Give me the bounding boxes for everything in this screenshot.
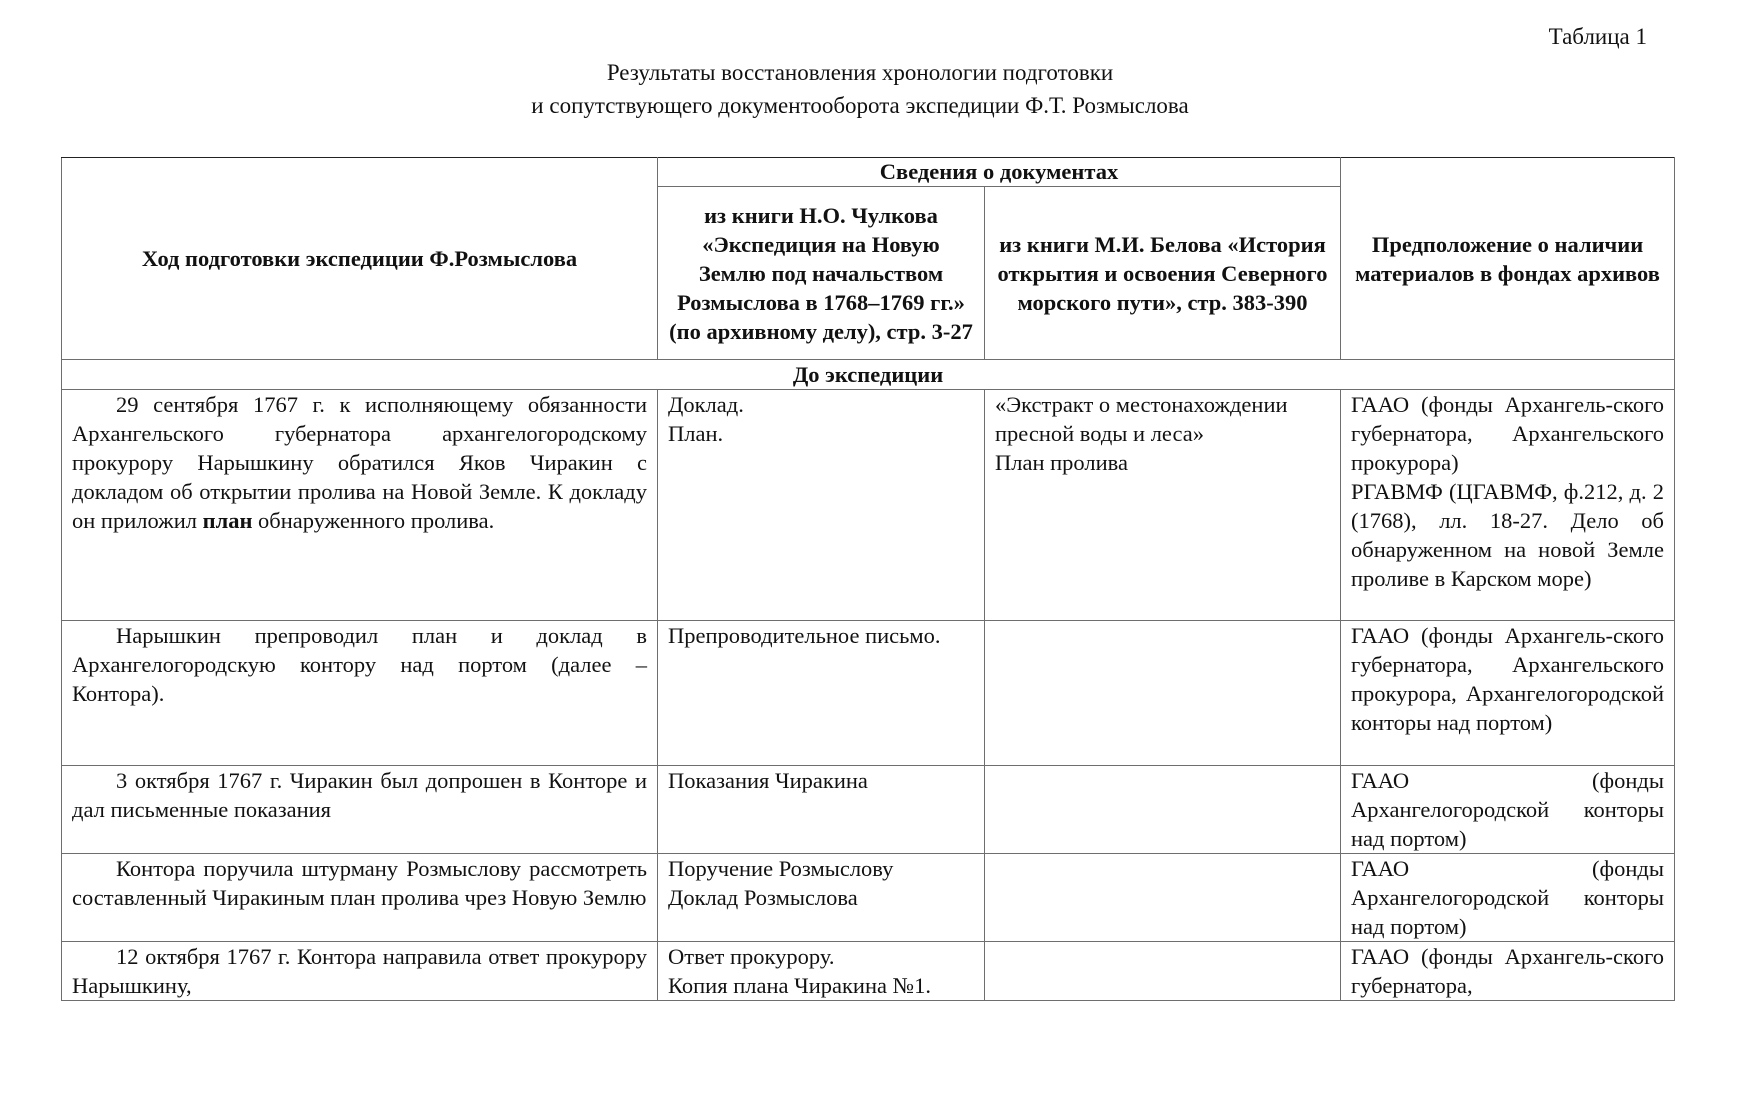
table-row: Нарышкин препроводил план и доклад в Арх… (62, 621, 1675, 766)
header-document-info-group: Сведения о документах (658, 158, 1341, 187)
chulkov-docs-cell: Показания Чиракина (658, 766, 985, 854)
table-title: Результаты восстановления хронологии под… (0, 56, 1720, 122)
belov-docs-cell (985, 942, 1341, 1001)
table-title-line-2: и сопутствующего документооборота экспед… (0, 89, 1720, 122)
belov-docs-cell (985, 854, 1341, 942)
table-row: 3 октября 1767 г. Чиракин был допрошен в… (62, 766, 1675, 854)
event-cell: Контора поручила штурману Розмыслову рас… (62, 854, 658, 942)
archive-cell: ГААО (фонды Архангелогородской конторы н… (1341, 766, 1675, 854)
table-row: Контора поручила штурману Розмыслову рас… (62, 854, 1675, 942)
chulkov-docs-cell: Доклад. План. (658, 390, 985, 621)
archive-cell: ГААО (фонды Архангель-ского губернатора,… (1341, 390, 1675, 621)
archive-cell: ГААО (фонды Архангель-ского губернатора, (1341, 942, 1675, 1001)
table-row: 29 сентября 1767 г. к исполняющему обяза… (62, 390, 1675, 621)
belov-docs-cell (985, 766, 1341, 854)
header-archive-assumption: Предположение о наличии материалов в фон… (1341, 158, 1675, 360)
table-title-line-1: Результаты восстановления хронологии под… (0, 56, 1720, 89)
belov-docs-cell: «Экстракт о местонахождении пресной воды… (985, 390, 1341, 621)
event-cell: 29 сентября 1767 г. к исполняющему обяза… (62, 390, 658, 621)
belov-docs-cell (985, 621, 1341, 766)
chulkov-docs-cell: Поручение Розмыслову Доклад Розмыслова (658, 854, 985, 942)
chulkov-docs-cell: Препроводительное письмо. (658, 621, 985, 766)
chulkov-docs-cell: Ответ прокурору. Копия плана Чиракина №1… (658, 942, 985, 1001)
chronology-table: Ход подготовки экспедиции Ф.Розмыслова С… (61, 157, 1675, 1001)
archive-cell: ГААО (фонды Архангель-ского губернатора,… (1341, 621, 1675, 766)
event-cell: Нарышкин препроводил план и доклад в Арх… (62, 621, 658, 766)
header-preparation-course: Ход подготовки экспедиции Ф.Розмыслова (62, 158, 658, 360)
table-number-label: Таблица 1 (1549, 22, 1647, 52)
table-row: 12 октября 1767 г. Контора направила отв… (62, 942, 1675, 1001)
section-before-expedition: До экспедиции (62, 360, 1675, 390)
archive-cell: ГААО (фонды Архангелогородской конторы н… (1341, 854, 1675, 942)
header-belov-book: из книги М.И. Белова «История открытия и… (985, 187, 1341, 360)
event-cell: 12 октября 1767 г. Контора направила отв… (62, 942, 658, 1001)
event-cell: 3 октября 1767 г. Чиракин был допрошен в… (62, 766, 658, 854)
header-chulkov-book: из книги Н.О. Чулкова «Экспедиция на Нов… (658, 187, 985, 360)
